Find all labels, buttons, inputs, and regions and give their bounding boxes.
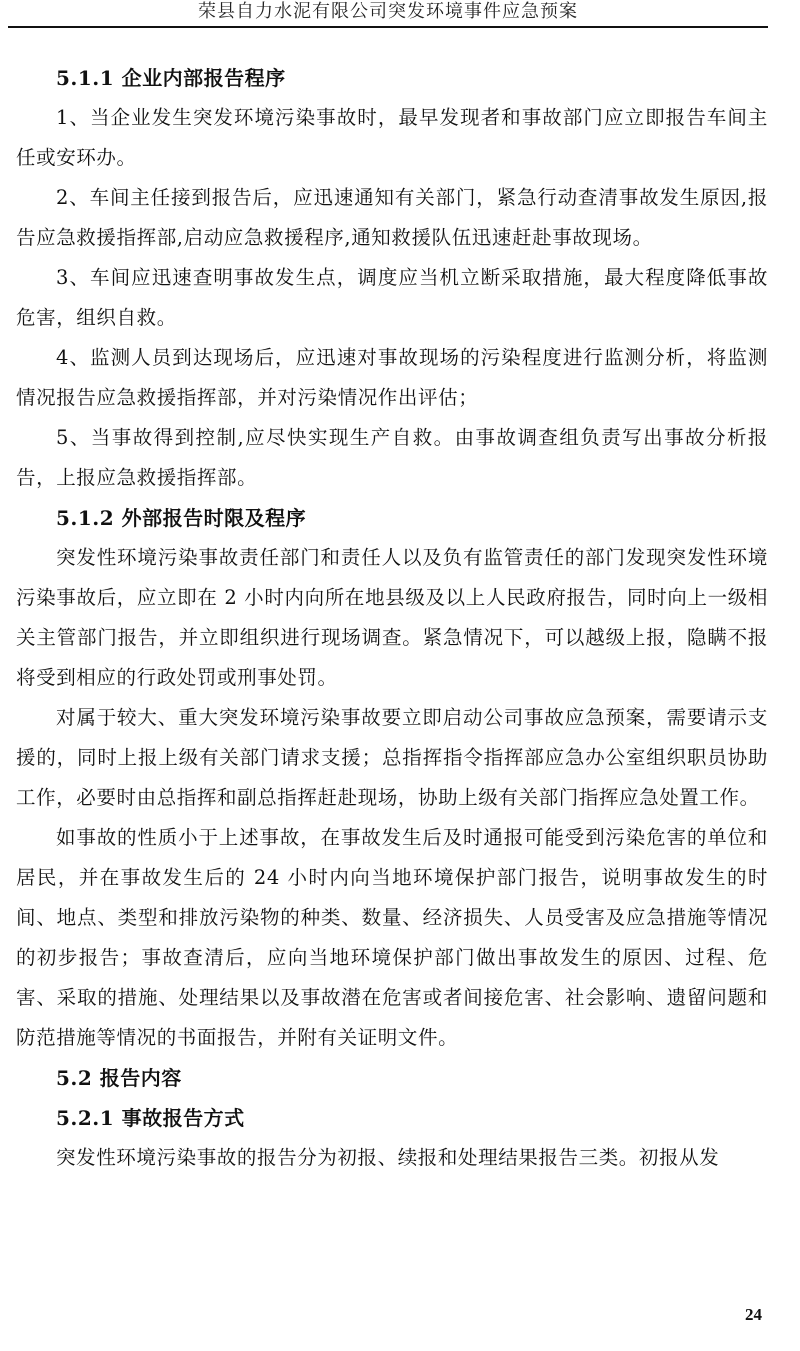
section-heading-5-1-1: 5.1.1 企业内部报告程序 [16, 58, 768, 98]
document-header: 荣县自力水泥有限公司突发环境事件应急预案 [8, 0, 768, 28]
page-number: 24 [745, 1305, 762, 1325]
paragraph: 3、车间应迅速查明事故发生点，调度应当机立断采取措施，最大程度降低事故危害，组织… [16, 258, 768, 338]
paragraph: 4、监测人员到达现场后，应迅速对事故现场的污染程度进行监测分析，将监测情况报告应… [16, 338, 768, 418]
document-title: 荣县自力水泥有限公司突发环境事件应急预案 [198, 1, 578, 22]
paragraph: 2、车间主任接到报告后，应迅速通知有关部门，紧急行动查清事故发生原因,报告应急救… [16, 178, 768, 258]
paragraph: 如事故的性质小于上述事故，在事故发生后及时通报可能受到污染危害的单位和居民，并在… [16, 818, 768, 1058]
section-heading-5-1-2: 5.1.2 外部报告时限及程序 [16, 498, 768, 538]
paragraph: 突发性环境污染事故责任部门和责任人以及负有监管责任的部门发现突发性环境污染事故后… [16, 538, 768, 698]
paragraph: 5、当事故得到控制,应尽快实现生产自救。由事故调查组负责写出事故分析报告，上报应… [16, 418, 768, 498]
section-heading-5-2-1: 5.2.1 事故报告方式 [16, 1098, 768, 1138]
paragraph: 对属于较大、重大突发环境污染事故要立即启动公司事故应急预案，需要请示支援的，同时… [16, 698, 768, 818]
paragraph: 突发性环境污染事故的报告分为初报、续报和处理结果报告三类。初报从发 [16, 1138, 768, 1178]
paragraph: 1、当企业发生突发环境污染事故时，最早发现者和事故部门应立即报告车间主任或安环办… [16, 98, 768, 178]
section-heading-5-2: 5.2 报告内容 [16, 1058, 768, 1098]
document-body: 5.1.1 企业内部报告程序 1、当企业发生突发环境污染事故时，最早发现者和事故… [16, 58, 768, 1178]
